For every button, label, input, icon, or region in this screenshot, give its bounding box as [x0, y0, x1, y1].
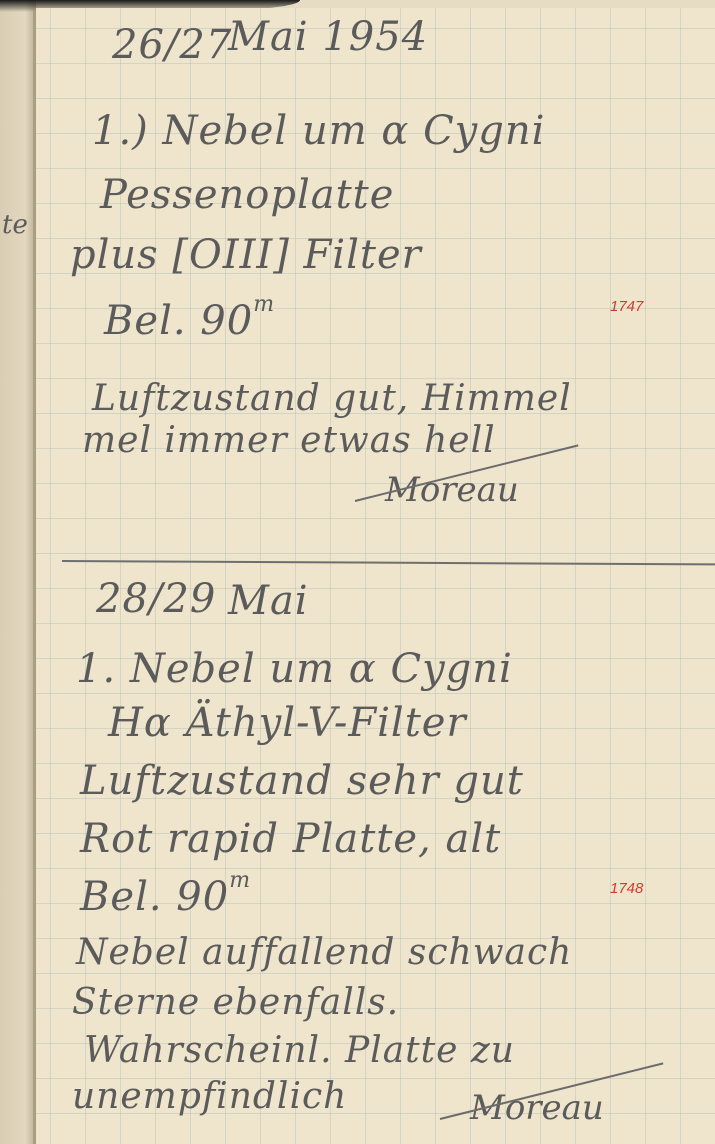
- entry-month-year: Mai: [228, 578, 309, 624]
- signature: Moreau: [470, 1088, 604, 1128]
- entry-line-plate: Rot rapid Platte, alt: [80, 816, 501, 862]
- exposure-value: 90: [200, 298, 253, 344]
- entry-line-exposure: Bel. 90m: [80, 874, 251, 920]
- plate-number: 1747: [610, 298, 643, 315]
- entry-month-year: Mai 1954: [228, 14, 428, 60]
- left-page-fragment: te: [2, 210, 28, 240]
- plate-number: 1748: [610, 880, 643, 897]
- entry-remark: Nebel auffallend schwach: [76, 932, 572, 973]
- exposure-prefix: Bel.: [104, 298, 187, 344]
- entry-date: 26/27: [112, 22, 232, 68]
- entry-remark: mel immer etwas hell: [82, 420, 496, 461]
- entry-remark: Wahrscheinl. Platte zu: [84, 1030, 515, 1071]
- entry-line-plate: Pessenoplatte: [100, 172, 394, 218]
- entry-date: 28/29: [96, 576, 216, 622]
- exposure-value: 90: [176, 874, 229, 920]
- signature: Moreau: [385, 470, 519, 510]
- entry-remark: Luftzustand gut, Himmel: [92, 378, 572, 419]
- entry-line-conditions: Luftzustand sehr gut: [80, 758, 524, 804]
- exposure-unit: m: [229, 868, 251, 893]
- entry-remark: Sterne ebenfalls.: [72, 982, 399, 1023]
- binding-spine: [0, 0, 36, 1144]
- entry-line-exposure: Bel. 90m: [104, 298, 275, 344]
- exposure-unit: m: [253, 292, 275, 317]
- entry-line-target: 1. Nebel um α Cygni: [76, 646, 513, 692]
- entry-line-filter: plus [OIII] Filter: [70, 232, 422, 278]
- entry-line-target: 1.) Nebel um α Cygni: [92, 108, 545, 154]
- entry-remark: unempfindlich: [72, 1076, 347, 1117]
- entry-line-filter: Hα Äthyl-V-Filter: [108, 700, 467, 746]
- exposure-prefix: Bel.: [80, 874, 163, 920]
